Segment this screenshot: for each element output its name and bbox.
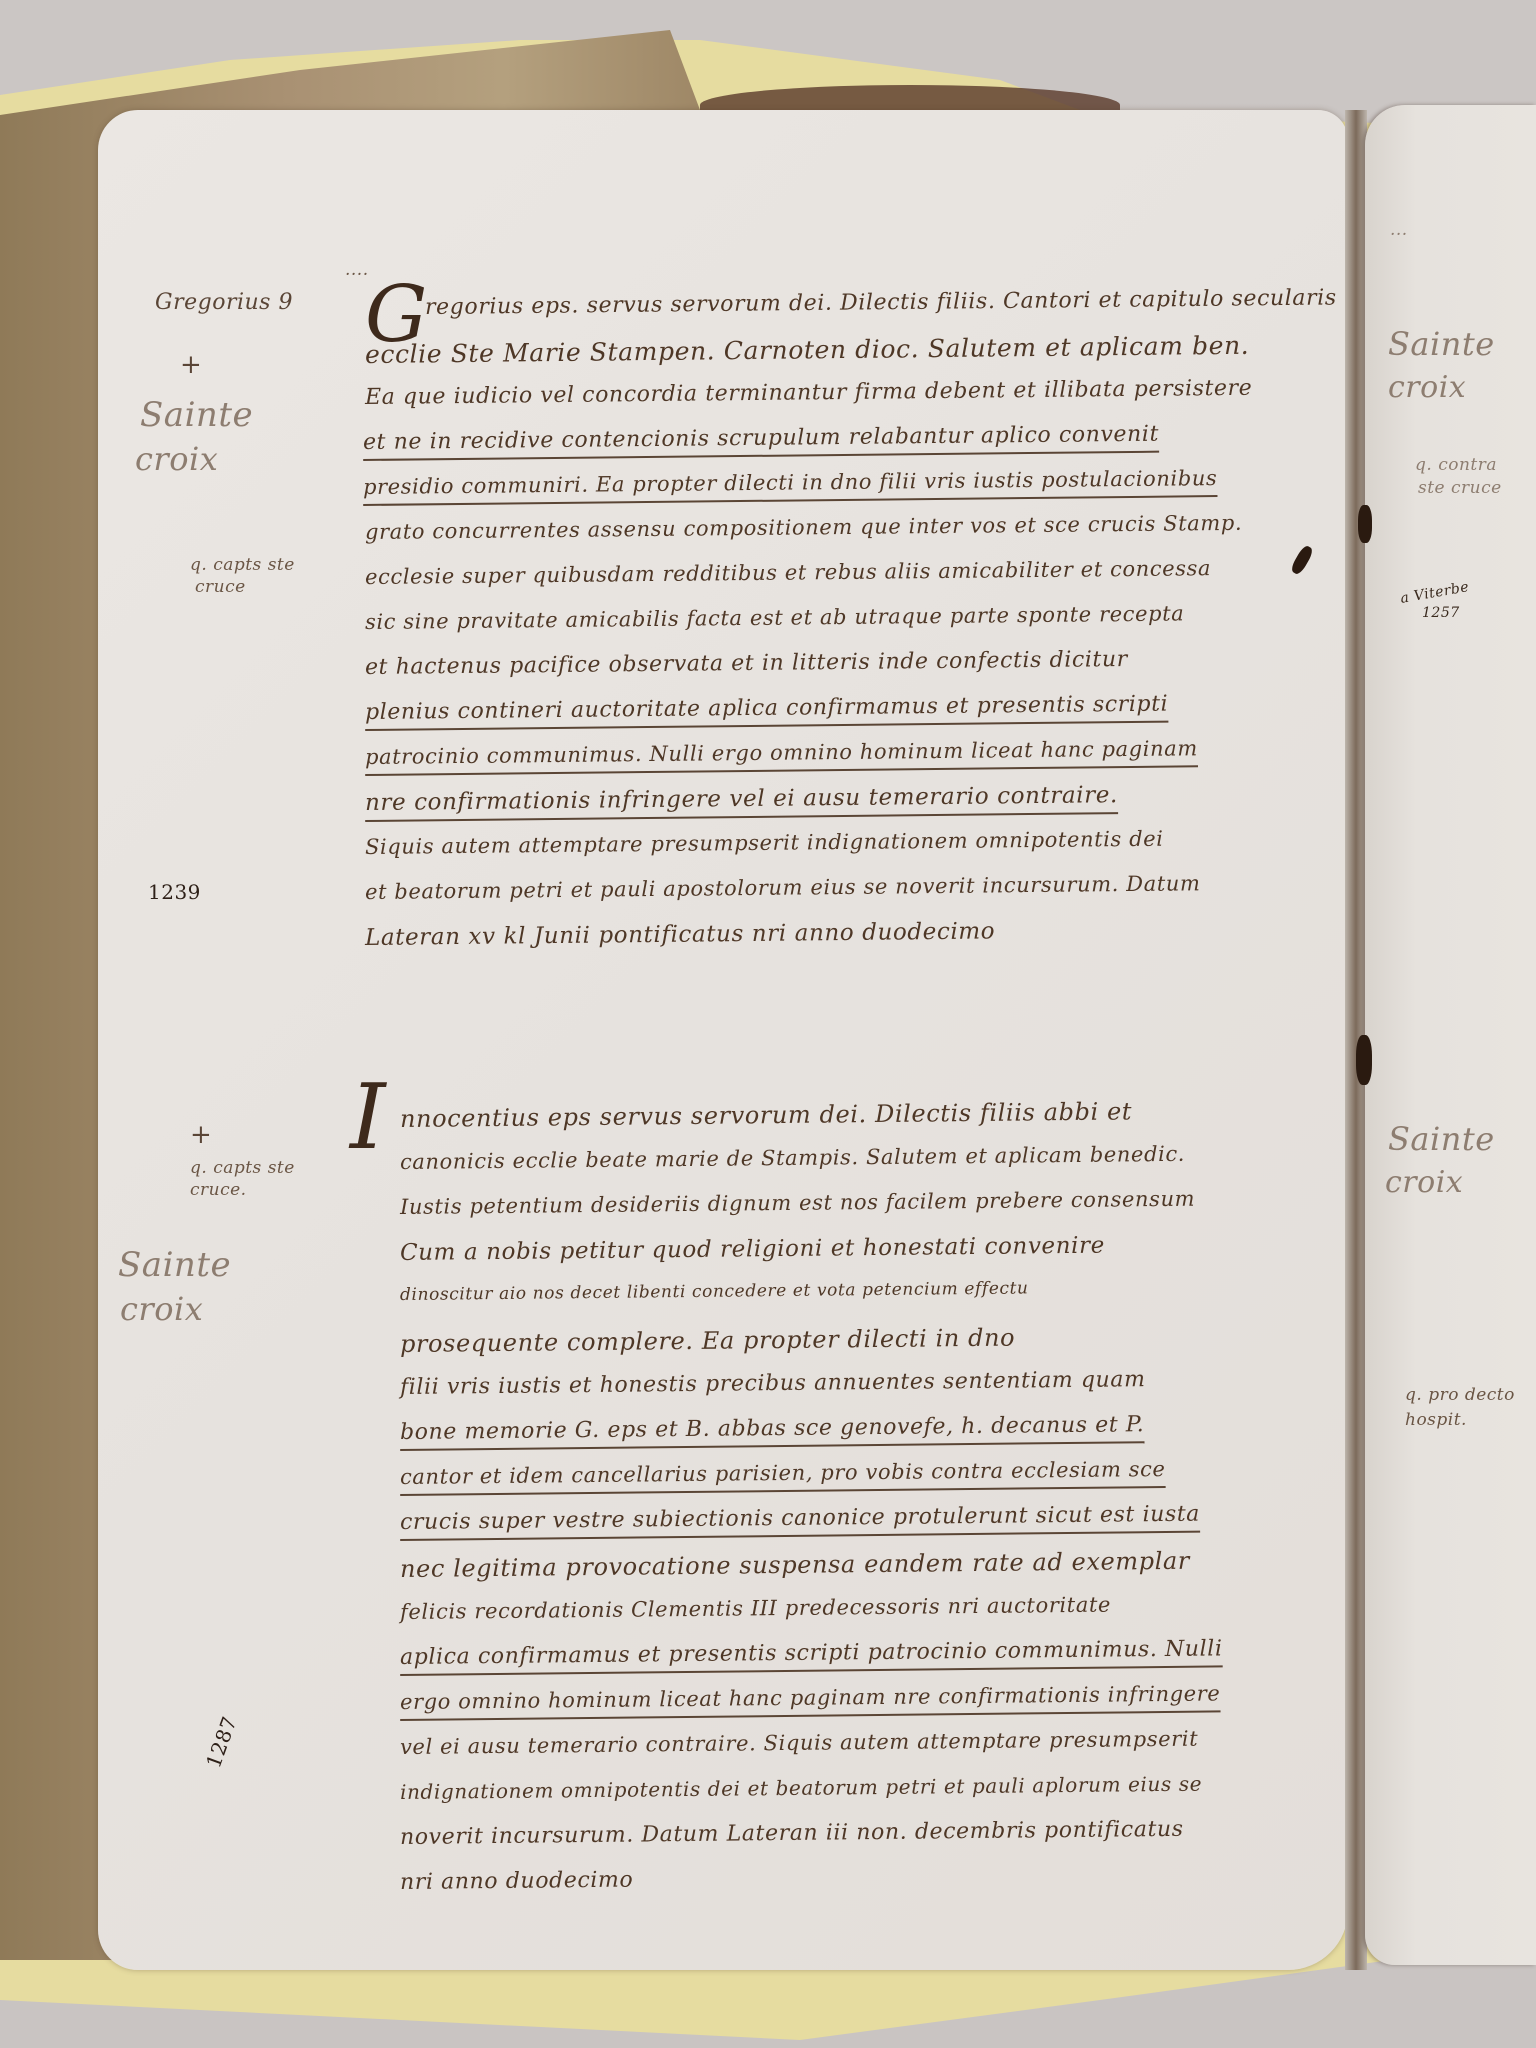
margin-place-name: croix [135,440,218,478]
margin-pope-heading: Gregorius 9 [155,290,293,315]
margin-place-name: Sainte [140,395,253,435]
binding-hole [1358,505,1372,543]
margin-cross: + [190,1120,212,1150]
margin-place-name: croix [1388,370,1466,405]
margin-date-note: 1257 [1422,605,1460,621]
margin-note: ste cruce [1418,478,1502,498]
decorated-initial: I [350,1065,386,1170]
margin-note: cruce. [190,1180,247,1200]
margin-cross: + [180,350,202,380]
margin-note: q. pro decto [1405,1385,1515,1405]
margin-place-name: Sainte [1388,325,1495,363]
margin-note: q. contra [1415,455,1497,475]
margin-place-name: Sainte [1388,1120,1495,1158]
binding-hole [1356,1035,1372,1085]
margin-year: 1239 [148,880,201,904]
margin-note: q. capts ste [190,1158,295,1178]
text-line: nri anno duodecimo [400,1868,634,1895]
margin-place-name: Sainte [118,1245,231,1285]
margin-top-mark: ... [1390,220,1408,240]
margin-note: hospit. [1405,1410,1467,1430]
margin-place-name: croix [1385,1165,1463,1200]
margin-note: cruce [195,577,246,597]
margin-place-name: croix [120,1290,203,1328]
margin-note: q. capts ste [190,555,295,575]
